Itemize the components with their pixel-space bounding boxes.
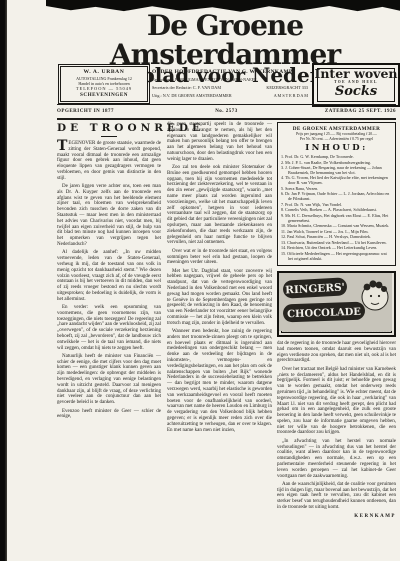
- headline-rule: [101, 136, 117, 137]
- editors-line: Redacteuren: H. BRUGMANS EN TOP VAN RHIJ…: [152, 76, 308, 84]
- article-column-2: die geen staatspartij speelt in de troon…: [167, 122, 272, 436]
- article-column-1: DE TROONREDE TEGENOVER de groote staatsi…: [57, 122, 161, 423]
- issue-date: ZATERDAG 25 SEPT. 1926: [283, 109, 396, 114]
- interwoven-product: Socks: [314, 85, 398, 98]
- dateline-bar: OPGERICHT IN 1877 No. 2573 ZATERDAG 25 S…: [57, 104, 396, 120]
- ringers-ad-illustration: RINGERS' CHOCOLADE: [279, 273, 392, 331]
- editorial-masthead-info: ONDER HOOFDREDACTIE VAN G. W. KERNKAMP R…: [152, 68, 308, 100]
- article-paragraph: De jaren liggen verre achter ons, toen e…: [57, 184, 161, 248]
- inhoud-item: 9. Mr. H. C. Dresselhuys, Het dagboek va…: [281, 214, 392, 224]
- interwoven-brand: Inter woven: [314, 67, 398, 80]
- article-paragraph: En verder: welk een opsomming van voorne…: [57, 305, 161, 351]
- article-paragraph: Over wat er in de troonrede niet staat, …: [167, 249, 272, 266]
- article-paragraph: Over het tractaat met België had ministe…: [277, 367, 396, 437]
- publisher-city: A M S T E R D A M: [274, 92, 308, 100]
- urban-ad-city: SCHEVENINGEN: [62, 92, 146, 99]
- inhoud-item: 3. J. Cohen-Stuart, De Besparing, naar d…: [281, 166, 392, 176]
- article-paragraph: Natuurlijk heeft de minister van Financi…: [57, 354, 161, 406]
- article-paragraph-first: TEGENOVER de groote staatsie, waarmede d…: [57, 141, 161, 182]
- urban-advertisement: W. A. URBAN AUTOSTALLING Frankenslag 12 …: [60, 66, 148, 102]
- article-paragraph: „In afwachting van het herstel van norma…: [277, 439, 396, 480]
- office-address: KEIZERSGRACHT 333: [266, 84, 308, 92]
- newspaper-page: De Groene Amsterdammer Weekblad voor Ned…: [0, 0, 400, 561]
- paragraph-text: EGENOVER de groote staatsie, waarmede de…: [57, 141, 161, 181]
- publisher-name: Uitg.: N.V. DE GROENE AMSTERDAMMER: [152, 92, 232, 100]
- publisher-line: Uitg.: N.V. DE GROENE AMSTERDAMMER A M S…: [152, 92, 308, 100]
- article-paragraph: Evenzoo heeft minister de Geer — schier …: [57, 409, 161, 421]
- column-2-paragraphs: Zoo zal ten deele ook minister Slotemake…: [167, 165, 272, 433]
- article-headline: DE TROONREDE: [57, 122, 161, 134]
- article-paragraph-continued: dat de regeering in de troonrede haar ge…: [277, 341, 396, 364]
- article-paragraph: Wanneer men bedenkt, hoe zuinig de regee…: [167, 329, 272, 433]
- article-paragraph: Al dadelijk de aanhef: „In uw midden ver…: [57, 250, 161, 302]
- column-1-paragraphs: De jaren liggen verre achter ons, toen e…: [57, 184, 161, 420]
- urban-ad-name: W. A. URBAN: [62, 69, 146, 76]
- secretary-line: Secretaris der Redactie: C. F. VAN DAM K…: [152, 84, 308, 92]
- scan-edge-left: [0, 0, 7, 561]
- issue-number: No. 2573: [170, 109, 283, 114]
- contents-box: DE GROENE AMSTERDAMMER Prijs per jaargan…: [277, 122, 396, 266]
- column-3-paragraphs: Over het tractaat met België had ministe…: [277, 367, 396, 511]
- article-paragraph: Aan de waarschijnlijkheid, dat de coalit…: [277, 482, 396, 511]
- inhoud-item: 6. Dr. Jan P. Vrijman, Oude Schier — L. …: [281, 192, 392, 202]
- advertising-price-line: Per Nr. 50 cent. — Advertentiën f 0.75 p…: [281, 137, 392, 142]
- article-column-3: DE GROENE AMSTERDAMMER Prijs per jaargan…: [277, 122, 396, 520]
- inhoud-heading: INHOUD:: [281, 143, 392, 153]
- inhoud-list: 1. Prof. Dr. G. W. Kernkamp, De Troonred…: [281, 155, 392, 261]
- author-signature: KERNKAMP: [277, 514, 396, 520]
- article-paragraph: Met het Utr. Dagblad staat, voor zooverr…: [167, 269, 272, 327]
- drop-cap: T: [57, 141, 67, 152]
- subscription-price-line: Prijs per jaargang f 25.—. Bij vooruitbe…: [281, 132, 392, 137]
- chief-editor-line: ONDER HOOFDREDACTIE VAN G. W. KERNKAMP: [152, 68, 308, 76]
- inhoud-item: 15. Officieele Mededeelingen — Het regee…: [281, 252, 392, 262]
- article-paragraph-continued: die geen staatspartij speelt in de troon…: [167, 122, 272, 163]
- masthead-title: De Groene Amsterdammer: [52, 11, 398, 69]
- interwoven-advertisement: Inter woven TOE AND HEEL Socks: [312, 63, 400, 107]
- ringers-chocolade-advertisement: RINGERS' CHOCOLADE: [277, 271, 396, 337]
- inhoud-item: 4. Th. G. Vroom, Het lied der Katwijksch…: [281, 176, 392, 186]
- secretary-name: Secretaris der Redactie: C. F. VAN DAM: [152, 84, 221, 92]
- article-paragraph: Zoo zal ten deele ook minister Slotemake…: [167, 165, 272, 246]
- founded-label: OPGERICHT IN 1877: [57, 109, 170, 114]
